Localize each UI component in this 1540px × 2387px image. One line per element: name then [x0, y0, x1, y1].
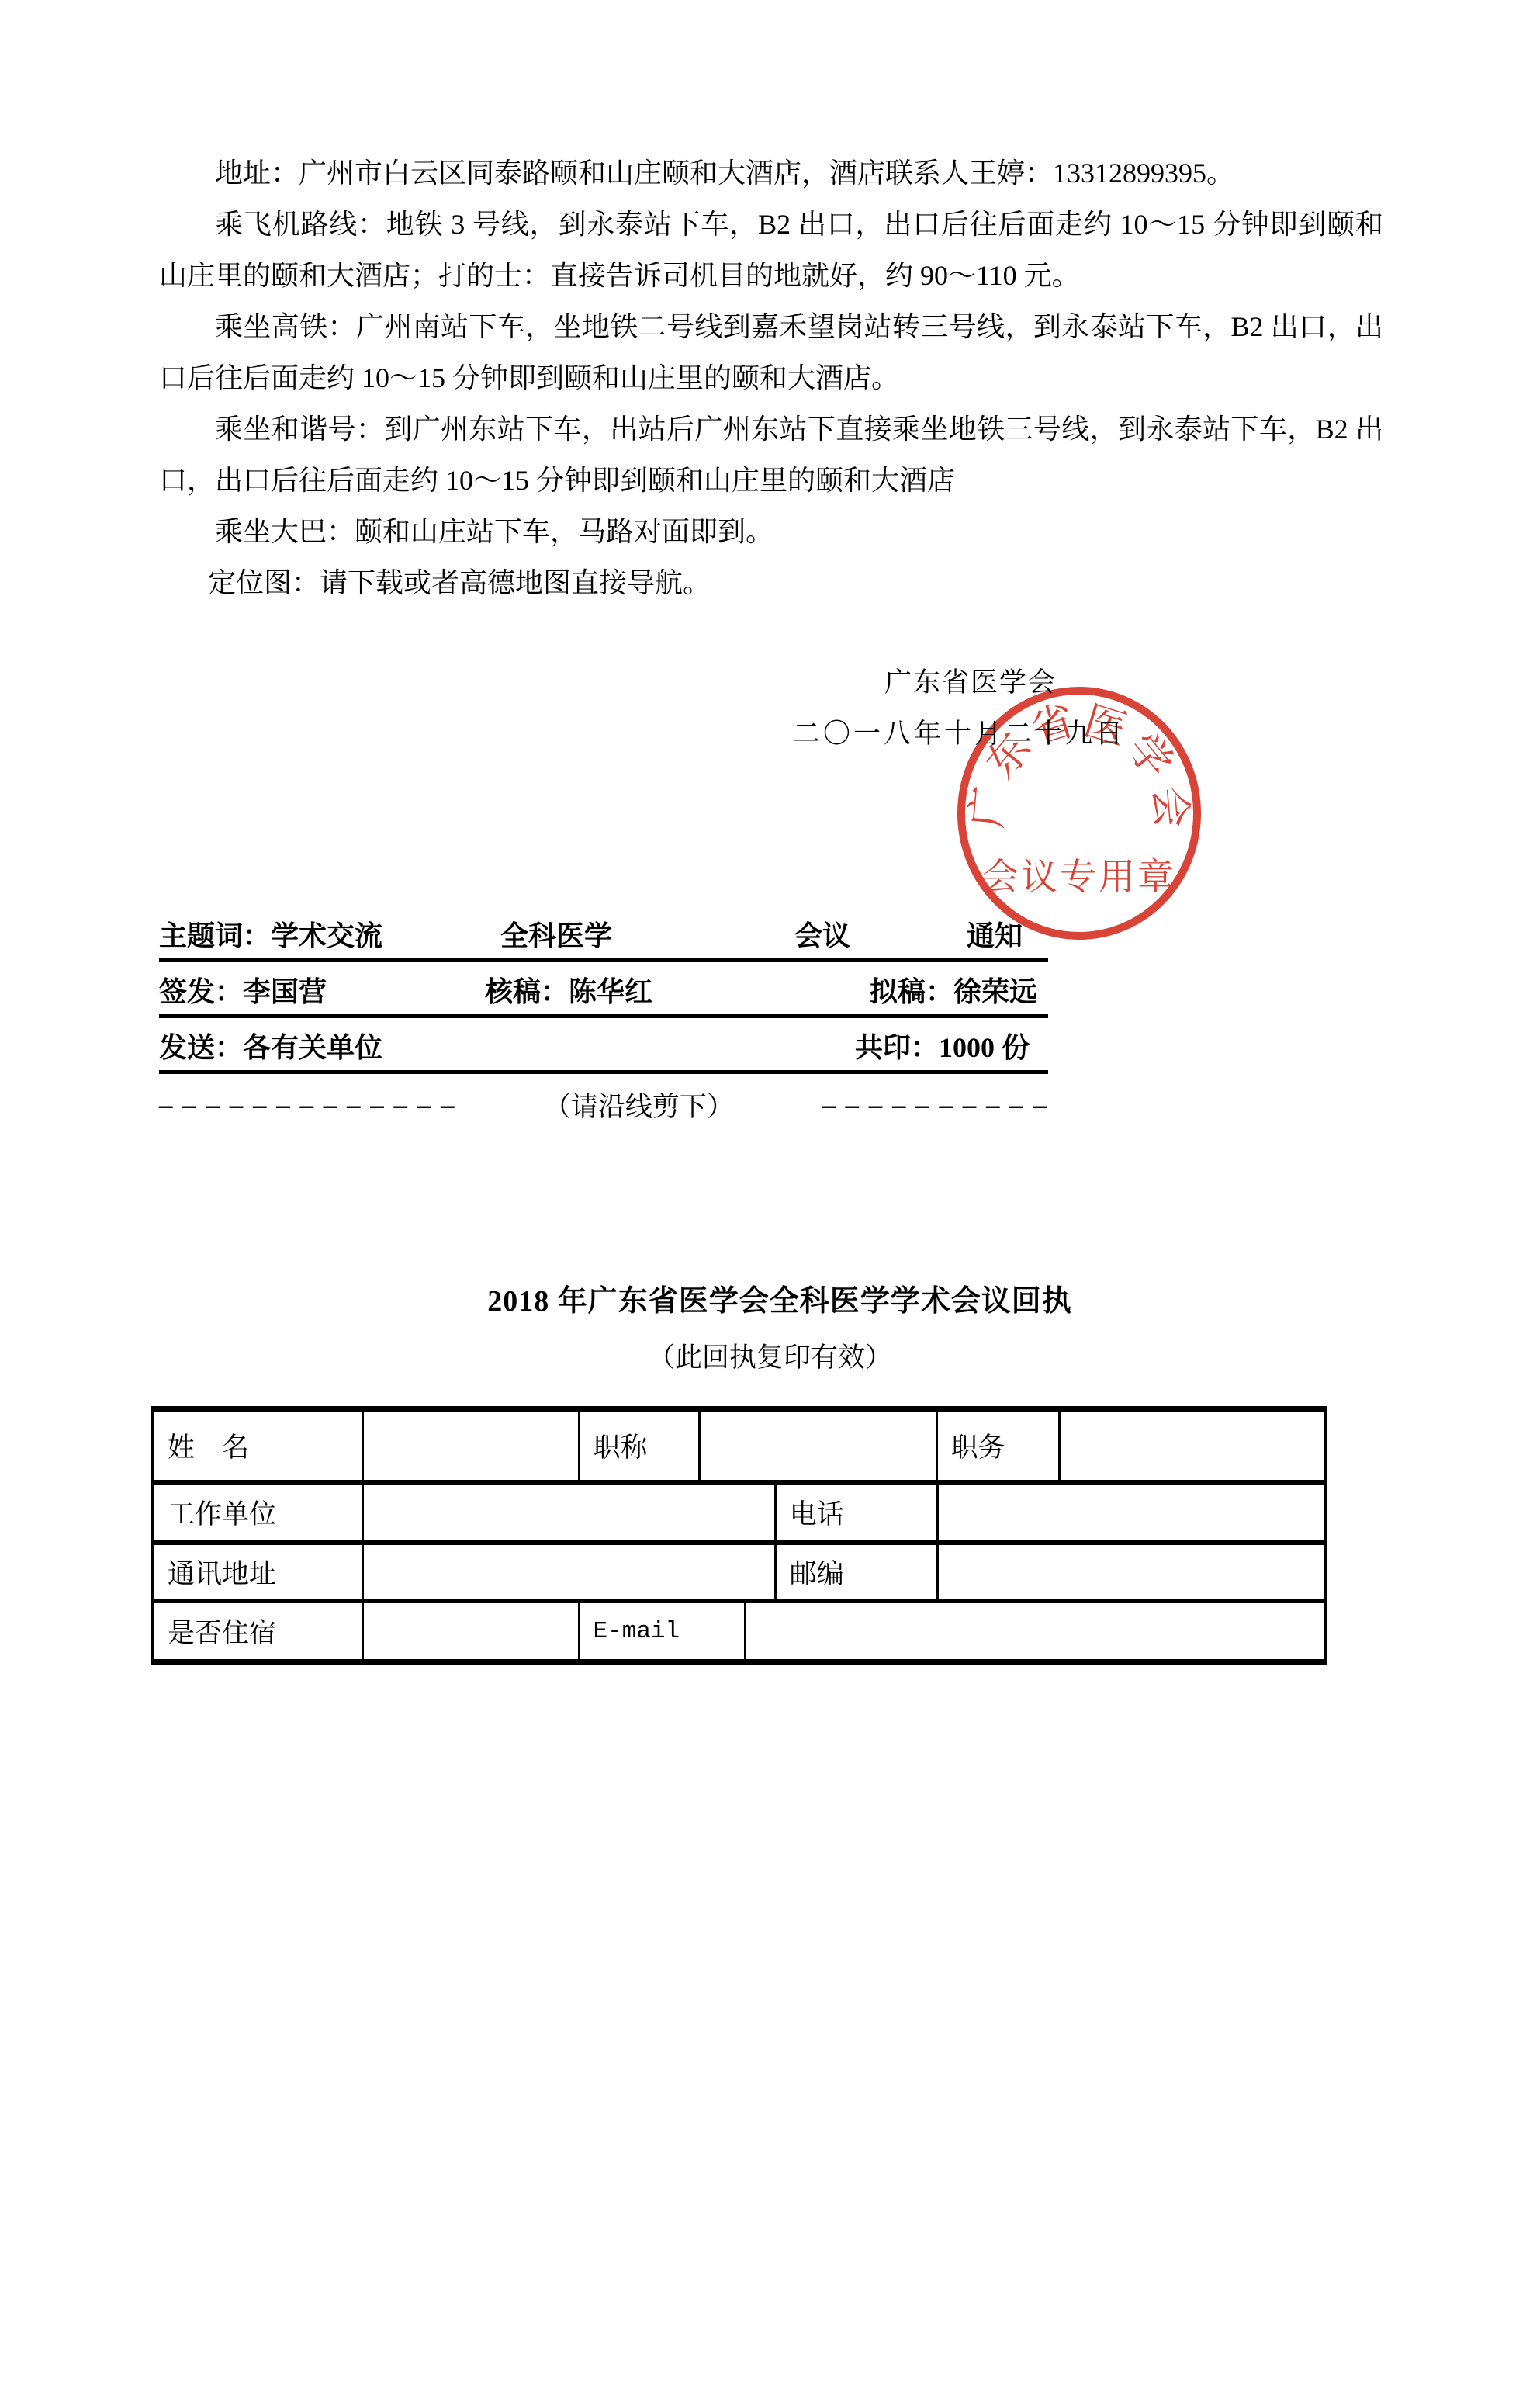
- drafter-name: 拟稿：徐荣远: [870, 970, 1037, 1010]
- table-row-stay-email: 是否住宿 E-mail: [154, 1603, 1324, 1659]
- duty-input-cell: [1061, 1412, 1324, 1480]
- paragraph-map-navigation: 定位图：请下载或者高德地图直接导航。: [159, 557, 1383, 608]
- email-label-cell: E-mail: [580, 1603, 746, 1659]
- meta-line-distribution: 发送：各有关单位 共印：1000 份: [159, 1018, 1048, 1074]
- zip-input-cell: [939, 1545, 1324, 1599]
- cutline-label: （请沿线剪下）: [544, 1086, 734, 1124]
- paragraph-by-bus: 乘坐大巴：颐和山庄站下车，马路对面即到。: [159, 506, 1383, 557]
- table-row-workunit-phone: 工作单位 电话: [154, 1485, 1324, 1545]
- phone-input-cell: [939, 1485, 1324, 1540]
- duty-label-cell: 职务: [938, 1412, 1061, 1480]
- send-to: 发送：各有关单位: [159, 1026, 382, 1065]
- paragraph-hotel-address: 地址：广州市白云区同泰路颐和山庄颐和大酒店，酒店联系人王婷：1331289939…: [159, 147, 1383, 199]
- issuer-name: 签发：李国营: [159, 970, 327, 1010]
- directions-section: 地址：广州市白云区同泰路颐和山庄颐和大酒店，酒店联系人王婷：1331289939…: [159, 147, 1383, 608]
- seal-bottom-text: 会议专用章: [982, 857, 1176, 898]
- reply-slip-title: 2018 年广东省医学会全科医学学术会议回执: [19, 1277, 1540, 1319]
- name-input-cell: [364, 1412, 580, 1480]
- svg-text:省: 省: [1026, 697, 1079, 754]
- phone-label-cell: 电话: [777, 1485, 939, 1540]
- cutline-left-dashes: – – – – – – – – – – – – –: [159, 1090, 456, 1121]
- scanned-notice-page: 地址：广州市白云区同泰路颐和山庄颐和大酒店，酒店联系人王婷：1331289939…: [0, 0, 1540, 2387]
- stay-input-cell: [364, 1603, 580, 1659]
- table-row-address-zip: 通讯地址 邮编: [154, 1545, 1324, 1603]
- address-input-cell: [364, 1545, 777, 1599]
- keyword-meeting: 会议: [794, 914, 850, 954]
- reply-form-table: 姓 名 职称 职务 工作单位 电话 通讯地址 邮编 是否住宿 E-mail: [151, 1406, 1327, 1665]
- cutline-right-dashes: – – – – – – – – – –: [822, 1090, 1048, 1121]
- svg-text:广: 广: [964, 784, 1013, 830]
- official-seal-stamp: 广 东 省 医 学 会 会议专用章: [951, 681, 1207, 945]
- meta-line-signers: 签发：李国营 核稿：陈华红 拟稿：徐荣远: [159, 962, 1048, 1018]
- svg-text:医: 医: [1078, 697, 1132, 754]
- stay-label-cell: 是否住宿: [154, 1603, 364, 1659]
- keyword-notice: 通知: [967, 914, 1023, 954]
- seal-arc-text: 广 东 省 医 学 会: [964, 697, 1195, 830]
- svg-text:会: 会: [1145, 784, 1195, 830]
- meta-line-keywords: 主题词：学术交流 全科医学 会议 通知: [159, 906, 1048, 962]
- paragraph-by-hexie-train: 乘坐和谐号：到广州东站下车，出站后广州东站下直接乘坐地铁三号线，到永泰站下车，B…: [159, 404, 1383, 506]
- title-input-cell: [701, 1412, 938, 1480]
- paragraph-by-highspeed-rail: 乘坐高铁：广州南站下车，坐地铁二号线到嘉禾望岗站转三号线，到永泰站下车，B2 出…: [159, 301, 1383, 404]
- document-meta-block: 主题词：学术交流 全科医学 会议 通知 签发：李国营 核稿：陈华红 拟稿：徐荣远…: [159, 906, 1048, 1074]
- email-input-cell: [746, 1603, 1324, 1659]
- table-row-name-title-duty: 姓 名 职称 职务: [154, 1412, 1324, 1485]
- reviewer-name: 核稿：陈华红: [485, 970, 652, 1010]
- keyword-general-medicine: 全科医学: [500, 914, 612, 954]
- cut-along-line: – – – – – – – – – – – – – （请沿线剪下） – – – …: [159, 1085, 1048, 1125]
- keywords-lead: 主题词：学术交流: [159, 914, 382, 954]
- title-label-cell: 职称: [580, 1412, 701, 1480]
- address-label-cell: 通讯地址: [154, 1545, 364, 1599]
- name-label-cell: 姓 名: [154, 1412, 364, 1480]
- workunit-input-cell: [364, 1485, 777, 1540]
- paragraph-by-plane: 乘飞机路线：地铁 3 号线，到永泰站下车，B2 出口，出口后往后面走约 10～1…: [159, 199, 1383, 301]
- workunit-label-cell: 工作单位: [154, 1485, 364, 1540]
- reply-slip-subtitle: （此回执复印有效）: [0, 1336, 1540, 1375]
- zip-label-cell: 邮编: [777, 1545, 939, 1599]
- print-count: 共印：1000 份: [855, 1026, 1030, 1065]
